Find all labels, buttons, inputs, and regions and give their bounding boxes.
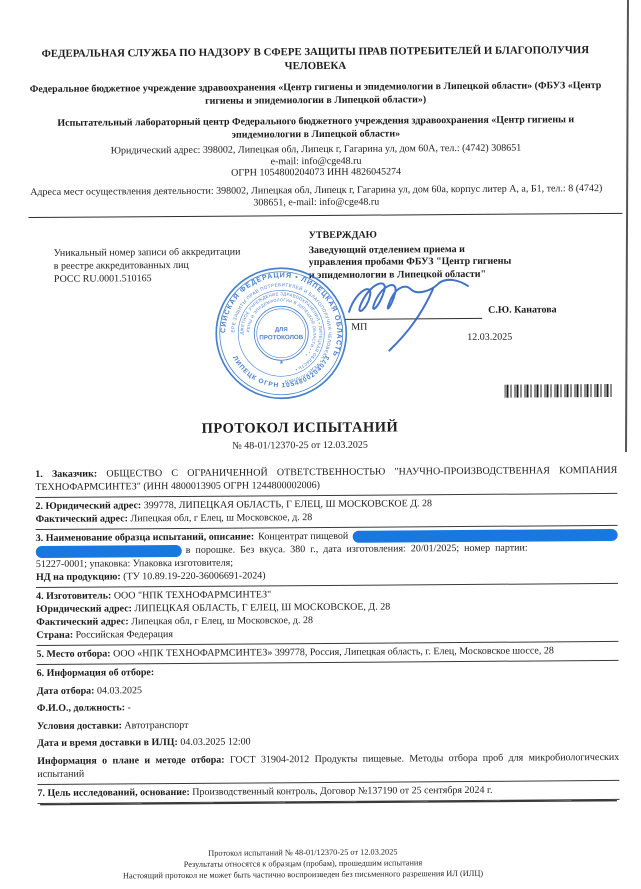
document-page: ФЕДЕРАЛЬНАЯ СЛУЖБА ПО НАДЗОРУ В СФЕРЕ ЗА… [0, 0, 641, 889]
signature [329, 271, 490, 357]
protocol-sections: 1. Заказчик: ОБЩЕСТВО С ОГРАНИЧЕННОЙ ОТВ… [35, 462, 619, 804]
lab-center-name: Испытательный лабораторный центр Федерал… [23, 114, 609, 143]
header-divider [28, 213, 622, 218]
document-header: ФЕДЕРАЛЬНАЯ СЛУЖБА ПО НАДЗОРУ В СФЕРЕ ЗА… [22, 44, 609, 212]
redaction-bar [352, 528, 618, 542]
field-label: 2. Юридический адрес: [35, 500, 143, 512]
protocol-title-block: ПРОТОКОЛ ИСПЫТАНИЙ № 48-01/12370-25 от 1… [10, 418, 590, 453]
doc-row: Фактический адрес: Липецкая обл, г Елец,… [36, 509, 618, 526]
field-label: Информация о плане и методе отбора: [37, 754, 230, 766]
field-value: Липецкая обл, г Елец, ш Московское, д. 2… [130, 512, 312, 524]
field-label: 6. Информация об отборе: [37, 667, 155, 679]
section-1: 1. Заказчик: ОБЩЕСТВО С ОГРАНИЧЕННОЙ ОТВ… [35, 462, 617, 498]
stamp-place-label: МП [351, 322, 367, 333]
doc-row: 7. Цель исследований, основание: Произво… [37, 782, 619, 799]
activity-addresses: Адреса мест осуществления деятельности: … [23, 182, 609, 211]
field-value: (ТУ 10.89.19-220-36006691-2024) [123, 570, 265, 582]
field-value: 04.03.2025 12:00 [180, 736, 250, 747]
field-value: ЛИПЕЦКАЯ ОБЛАСТЬ, Г ЕЛЕЦ, Ш МОСКОВСКОЕ, … [134, 602, 390, 615]
field-value: 51227-0001; упаковка: Упаковка изготовит… [36, 558, 233, 570]
federal-service-name: ФЕДЕРАЛЬНАЯ СЛУЖБА ПО НАДЗОРУ В СФЕРЕ ЗА… [22, 44, 608, 75]
doc-row: Дата и время доставки в ИЛЦ: 04.03.2025 … [37, 733, 619, 750]
doc-row: Условия доставки: Автотранспорт [37, 715, 619, 732]
field-label: Условия доставки: [37, 720, 124, 732]
doc-row: 6. Информация об отборе: [37, 663, 619, 680]
field-value: ОБЩЕСТВО С ОГРАНИЧЕННОЙ ОТВЕТСТВЕННОСТЬЮ… [35, 465, 617, 493]
doc-row: Информация о плане и методе отбора: ГОСТ… [37, 750, 619, 780]
section-2: 2. Юридический адрес: 399778, ЛИПЕЦКАЯ О… [35, 494, 617, 530]
redaction-bar [36, 544, 182, 557]
field-value: Липецкая обл, г Елец, ш Московское, д. 2… [131, 615, 313, 627]
doc-row: Ф.И.О., должность: - [37, 698, 619, 715]
field-label: Ф.И.О., должность: [37, 702, 128, 714]
barcode [505, 384, 613, 398]
field-value: Производственный контроль, Договор №1371… [192, 784, 492, 797]
field-value: Российская Федерация [76, 629, 173, 641]
protocol-number: № 48-01/12370-25 от 12.03.2025 [10, 438, 590, 453]
field-value: Концентрат пищевой [258, 530, 348, 544]
field-label: НД на продукцию: [36, 571, 123, 583]
field-label: 4. Изготовитель: [36, 590, 114, 602]
stamp-center-line2: ПРОТОКОЛОВ [259, 334, 303, 341]
field-label: Фактический адрес: [36, 616, 131, 628]
protocol-title: ПРОТОКОЛ ИСПЫТАНИЙ [10, 418, 590, 439]
field-label: Дата отбора: [37, 685, 97, 696]
doc-row: Страна: Российская Федерация [36, 625, 618, 642]
field-value: 399778, ЛИПЕЦКАЯ ОБЛАСТЬ, Г ЕЛЕЦ, Ш МОСК… [144, 498, 432, 511]
section-3: 3. Наименование образца испытаний, описа… [36, 526, 618, 588]
field-value: ООО "НПК ТЕХНОФАРМСИНТЕЗ" [114, 589, 271, 601]
doc-row: Дата отбора: 04.03.2025 [37, 680, 619, 697]
field-label: Юридический адрес: [36, 603, 134, 615]
field-label: 7. Цель исследований, основание: [37, 786, 192, 798]
approval-title: УТВЕРЖДАЮ [309, 228, 574, 242]
field-value: 04.03.2025 [97, 685, 142, 696]
field-label: 5. Место отбора: [36, 648, 113, 660]
stamp-center-line1: ДЛЯ [275, 327, 288, 333]
doc-row: НД на продукцию: (ТУ 10.89.19-220-360066… [36, 567, 618, 584]
field-value: - [127, 702, 130, 713]
field-label: Страна: [36, 630, 75, 641]
field-value: ООО «НПК ТЕХНОФАРМСИНТЕЗ» 399778, Россия… [113, 645, 554, 659]
field-label: Дата и время доставки в ИЛЦ: [37, 737, 180, 749]
field-label: 1. Заказчик: [35, 468, 106, 479]
organization-name: Федеральное бюджетное учреждение здравоо… [23, 80, 609, 109]
field-value: Автотранспорт [124, 719, 188, 730]
approver-name: С.Ю. Канатова [488, 304, 557, 315]
doc-row: 5. Место отбора: ООО «НПК ТЕХНОФАРМСИНТЕ… [36, 644, 618, 661]
document-content: ФЕДЕРАЛЬНАЯ СЛУЖБА ПО НАДЗОРУ В СФЕРЕ ЗА… [0, 0, 641, 889]
approval-date: 12.03.2025 [467, 332, 512, 343]
section-4: 4. Изготовитель: ООО "НПК ТЕХНОФАРМСИНТЕ… [36, 584, 618, 646]
doc-row: 1. Заказчик: ОБЩЕСТВО С ОГРАНИЧЕННОЙ ОТВ… [35, 464, 617, 494]
section-7: 7. Цель исследований, основание: Произво… [37, 780, 619, 803]
section-6: 6. Информация об отборе:Дата отбора: 04.… [37, 661, 620, 785]
page-footer: Протокол испытаний № 48-01/12370-25 от 1… [13, 845, 593, 882]
field-label: Фактический адрес: [36, 513, 131, 525]
